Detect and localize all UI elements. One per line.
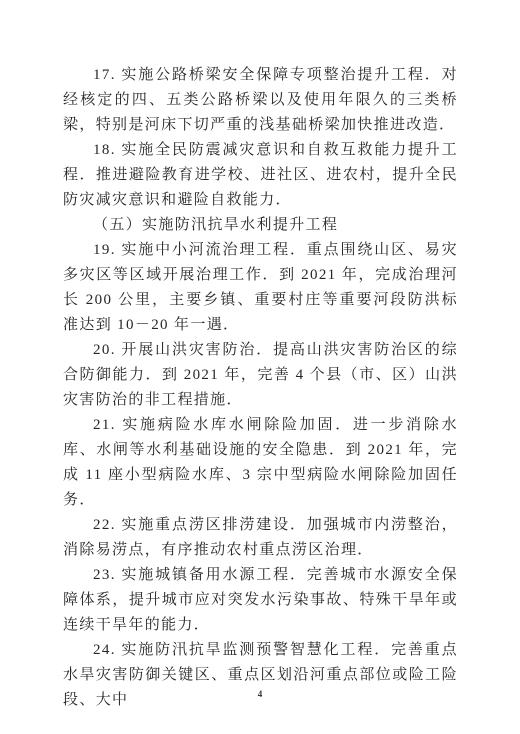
paragraph-21: 21. 实施病险水库水闸除险加固．进一步消除水库、水闸等水利基础设施的安全隐患．… — [63, 413, 458, 513]
paragraph-20: 20. 开展山洪灾害防治．提高山洪灾害防治区的综合防御能力．到 2021 年，完… — [63, 338, 458, 413]
paragraph-22: 22. 实施重点涝区排涝建设．加强城市内涝整治，消除易涝点，有序推动农村重点涝区… — [63, 513, 458, 563]
paragraph-23: 23. 实施城镇备用水源工程．完善城市水源安全保障体系，提升城市应对突发水污染事… — [63, 563, 458, 638]
page-number: 4 — [0, 689, 520, 699]
paragraph-18: 18. 实施全民防震减灾意识和自救互救能力提升工程．推进避险教育进学校、进社区、… — [63, 138, 458, 213]
paragraph-24: 24. 实施防汛抗旱监测预警智慧化工程．完善重点水旱灾害防御关键区、重点区划沿河… — [63, 638, 458, 713]
paragraph-17: 17. 实施公路桥梁安全保障专项整治提升工程．对经核定的四、五类公路桥梁以及使用… — [63, 63, 458, 138]
section-heading-5: （五）实施防汛抗旱水利提升工程 — [63, 213, 458, 238]
paragraph-19: 19. 实施中小河流治理工程．重点围绕山区、易灾多灾区等区域开展治理工作．到 2… — [63, 238, 458, 338]
document-body: 17. 实施公路桥梁安全保障专项整治提升工程．对经核定的四、五类公路桥梁以及使用… — [63, 63, 458, 713]
document-page: 17. 实施公路桥梁安全保障专项整治提升工程．对经核定的四、五类公路桥梁以及使用… — [0, 0, 520, 734]
